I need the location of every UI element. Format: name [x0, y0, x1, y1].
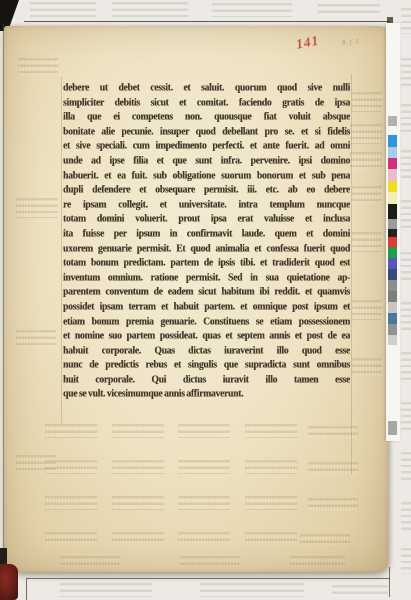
manuscript-line: parentem conventum de eadem sicut habitu…: [63, 285, 350, 300]
ghost-text-smudge: [401, 150, 411, 180]
manuscript-line: bonitate alie pecunie. insuper quod debe…: [63, 125, 350, 140]
ghost-text-smudge: [401, 548, 411, 574]
ghost-text-smudge: [352, 92, 382, 112]
ghost-text-smudge: [332, 585, 388, 597]
manuscript-line: illa que ei competens non. quousque fiat…: [63, 110, 350, 125]
color-patch-end-grey: [388, 421, 397, 435]
ghost-text-smudge: [401, 452, 411, 480]
ghost-text-smudge: [30, 2, 96, 17]
ghost-text-smudge: [178, 424, 230, 438]
color-patch-grey-5: [388, 324, 397, 335]
manuscript-line: dupli defendere et obsequare permisit. i…: [63, 183, 350, 198]
ghost-text-smudge: [178, 496, 230, 510]
color-patch-pale-yellow: [388, 192, 397, 204]
ghost-text-smudge: [318, 4, 380, 17]
registration-tick-right: [389, 567, 390, 597]
ghost-text-smudge: [245, 424, 297, 438]
manuscript-line: et nomine suo partem possideat. quas et …: [63, 329, 350, 344]
ghost-text-smudge: [16, 330, 56, 348]
color-patch-blue: [388, 135, 397, 147]
ghost-text-smudge: [401, 302, 411, 332]
manuscript-line: que se vult. vicesimumque annis affirmav…: [63, 387, 350, 402]
ghost-text-smudge: [401, 58, 411, 88]
ghost-text-smudge: [45, 496, 97, 510]
color-patch-light-grey-2: [388, 335, 397, 345]
ghost-text-smudge: [245, 532, 297, 545]
color-patch-light-blue: [388, 147, 397, 158]
ghost-text-smudge: [112, 532, 164, 545]
ghost-text-smudge: [308, 426, 358, 439]
ghost-text-smudge: [352, 300, 382, 320]
ghost-text-smudge: [401, 104, 411, 132]
ghost-text-smudge: [178, 532, 230, 545]
manuscript-line: inventum omnium. ratione permisit. Sed i…: [63, 271, 350, 286]
ghost-text-smudge: [308, 462, 358, 475]
color-patch-pink: [388, 169, 397, 181]
ghost-text-smudge: [401, 252, 411, 282]
ghost-text-smudge: [180, 556, 240, 566]
color-patch-green: [388, 247, 397, 258]
ghost-text-smudge: [112, 496, 164, 510]
ghost-text-smudge: [352, 186, 382, 204]
color-patch-red: [388, 237, 397, 247]
manuscript-line: re ipsam collegit. et universitate. intr…: [63, 198, 350, 213]
shelfmark-note: R. f. 5: [342, 39, 360, 46]
ghost-text-smudge: [352, 232, 382, 252]
manuscript-line: etiam bonum premia genuarie. Constituens…: [63, 315, 350, 330]
color-patch-black-2: [388, 229, 397, 237]
manuscript-line: ita fuisse per ipsum in confirmavit laud…: [63, 227, 350, 242]
ghost-text-smudge: [350, 124, 382, 144]
manuscript-line: habuit corporale. Quas dictas iuraverint…: [63, 344, 350, 359]
ghost-text-smudge: [16, 198, 58, 218]
ghost-text-smudge: [245, 496, 297, 510]
manuscript-line: huit corporale. Qui dictus iuravit illo …: [63, 373, 350, 388]
color-patch-magenta: [388, 158, 397, 169]
ghost-text-smudge: [45, 460, 97, 474]
color-patch-black: [388, 204, 397, 219]
ghost-text-smudge: [401, 352, 411, 382]
ghost-text-smudge: [245, 460, 297, 474]
registration-line-bottom: [26, 578, 390, 579]
ghost-text-smudge: [178, 460, 230, 474]
ghost-text-smudge: [401, 8, 411, 34]
registration-tick-left: [26, 578, 27, 600]
ghost-text-smudge: [60, 556, 120, 566]
ghost-text-smudge: [290, 556, 345, 566]
manuscript-line: totam bonum predictam. partem de ipsis t…: [63, 256, 350, 271]
ghost-text-smudge: [308, 498, 358, 511]
ghost-text-smudge: [350, 152, 382, 170]
ghost-text-smudge: [45, 532, 97, 545]
ghost-text-smudge: [60, 583, 152, 597]
ghost-text-smudge: [112, 2, 188, 18]
ruling-line-left: [61, 77, 62, 423]
manuscript-line: nunc de predictis rebus et singulis que …: [63, 358, 350, 373]
registration-line-top: [24, 21, 390, 22]
ghost-text-smudge: [200, 583, 304, 597]
manuscript-line: simpliciter debitis sicut et comitat. fa…: [63, 96, 350, 111]
manuscript-line: unde ad ipse filia et que sunt infra. pe…: [63, 154, 350, 169]
manuscript-line: possidet ipsam terram et habuit partem. …: [63, 300, 350, 315]
ghost-text-smudge: [300, 534, 350, 546]
manuscript-scan: 141 R. f. 5 debere ut debet cessit. et s…: [0, 0, 411, 600]
color-patch-grey-2: [388, 219, 397, 229]
color-patch-yellow: [388, 181, 397, 192]
color-patch-slate-blue: [388, 269, 397, 280]
color-patch-grey: [388, 116, 397, 126]
ghost-text-smudge: [112, 424, 164, 438]
ghost-text-smudge: [401, 200, 411, 230]
manuscript-line: habuerit. et ea fuit. sub obligatione su…: [63, 169, 350, 184]
manuscript-line: et sive speciali. cum impedimento perfec…: [63, 139, 350, 154]
manuscript-line: totam domini voluerit. prout ipsa erat v…: [63, 212, 350, 227]
color-calibration-strip: [388, 0, 397, 600]
color-patch-purple: [388, 258, 397, 269]
binding-edge-red: [0, 564, 18, 600]
color-patch-light-grey: [388, 302, 397, 313]
ghost-text-smudge: [212, 3, 292, 17]
ghost-text-smudge: [18, 58, 58, 76]
color-patch-grey-4: [388, 291, 397, 302]
ghost-text-smudge: [352, 358, 382, 376]
ghost-text-smudge: [401, 402, 411, 432]
ghost-text-smudge: [112, 460, 164, 474]
color-patch-steel-blue: [388, 313, 397, 324]
ghost-text-smudge: [45, 424, 97, 438]
manuscript-line: uxorem genuarie permisit. Et quod animal…: [63, 242, 350, 257]
color-patch-grey-3: [388, 280, 397, 291]
manuscript-line: debere ut debet cessit. et saluit. quoru…: [63, 81, 350, 96]
text-block: debere ut debet cessit. et saluit. quoru…: [63, 81, 350, 405]
ghost-text-smudge: [401, 502, 411, 530]
